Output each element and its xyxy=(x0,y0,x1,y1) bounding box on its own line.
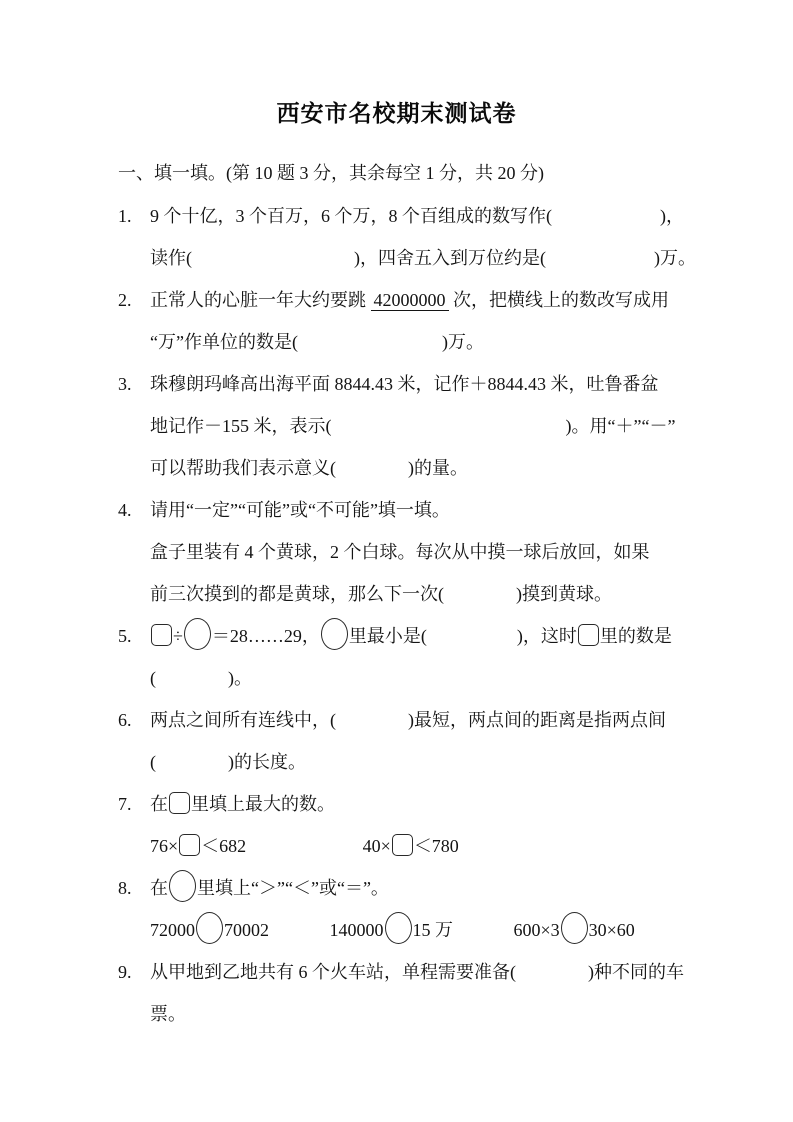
question-7-items-row: 76×＜682 40×＜780 xyxy=(150,825,737,867)
question-4: 4. 请用“一定”“可能”或“不可能”填一填。 盒子里装有 4 个黄球，2 个白… xyxy=(118,489,737,615)
comparison-item: 14000015 万 xyxy=(330,909,454,951)
question-9-number: 9. xyxy=(118,951,150,993)
question-2-line-2: “万”作单位的数是( )万。 xyxy=(150,321,737,363)
blank-circle-shape xyxy=(385,912,412,944)
question-4-line-3: 前三次摸到的都是黄球，那么下一次( )摸到黄球。 xyxy=(150,573,737,615)
section-heading: 一、填一填。(第 10 题 3 分，其余每空 1 分，共 20 分) xyxy=(118,151,737,195)
question-9-line-2: 票。 xyxy=(150,993,737,1035)
question-7-line-1: 在里填上最大的数。 xyxy=(150,783,737,825)
question-3-line-2: 地记作－155 米，表示( )。用“＋”“－” xyxy=(150,405,737,447)
question-6-line-2: ( )的长度。 xyxy=(150,741,737,783)
question-1: 1. 9 个十亿，3 个百万，6 个万，8 个百组成的数写作( )， 读作( )… xyxy=(118,195,737,279)
question-5: 5. ÷＝28……29，里最小是( )，这时里的数是 ( )。 xyxy=(118,615,737,699)
blank-box-shape xyxy=(179,834,200,856)
question-2-line-1: 正常人的心脏一年大约要跳 42000000 次，把横线上的数改写成用 xyxy=(150,279,737,321)
underlined-number: 42000000 xyxy=(371,290,449,311)
question-3-number: 3. xyxy=(118,363,150,405)
question-7: 7. 在里填上最大的数。 76×＜682 40×＜780 xyxy=(118,783,737,867)
question-8: 8. 在里填上“＞”“＜”或“＝”。 7200070002 14000015 万… xyxy=(118,867,737,951)
question-5-number: 5. xyxy=(118,615,150,657)
blank-circle-shape xyxy=(184,618,211,650)
question-5-line-1: ÷＝28……29，里最小是( )，这时里的数是 xyxy=(150,615,737,657)
question-4-number: 4. xyxy=(118,489,150,531)
blank-box-shape xyxy=(578,624,599,646)
question-4-line-2: 盒子里装有 4 个黄球，2 个白球。每次从中摸一球后放回，如果 xyxy=(150,531,737,573)
question-6-line-1: 两点之间所有连线中，( )最短，两点间的距离是指两点间 xyxy=(150,699,737,741)
blank-box-shape xyxy=(151,624,172,646)
inequality-item: 40×＜780 xyxy=(363,825,459,867)
question-1-number: 1. xyxy=(118,195,150,237)
comparison-item: 7200070002 xyxy=(150,909,269,951)
blank-box-shape xyxy=(169,792,190,814)
question-9: 9. 从甲地到乙地共有 6 个火车站，单程需要准备( )种不同的车 票。 xyxy=(118,951,737,1035)
blank-circle-shape xyxy=(169,870,196,902)
question-7-number: 7. xyxy=(118,783,150,825)
inequality-item: 76×＜682 xyxy=(150,825,246,867)
question-3-line-1: 珠穆朗玛峰高出海平面 8844.43 米，记作＋8844.43 米，吐鲁番盆 xyxy=(150,363,737,405)
question-8-number: 8. xyxy=(118,867,150,909)
question-2-number: 2. xyxy=(118,279,150,321)
exam-page: 西安市名校期末测试卷 一、填一填。(第 10 题 3 分，其余每空 1 分，共 … xyxy=(0,0,793,1122)
blank-circle-shape xyxy=(321,618,348,650)
question-3-line-3: 可以帮助我们表示意义( )的量。 xyxy=(150,447,737,489)
blank-circle-shape xyxy=(196,912,223,944)
question-5-line-2: ( )。 xyxy=(150,657,737,699)
question-2: 2. 正常人的心脏一年大约要跳 42000000 次，把横线上的数改写成用 “万… xyxy=(118,279,737,363)
question-1-line-2: 读作( )，四舍五入到万位约是( )万。 xyxy=(150,237,737,279)
blank-box-shape xyxy=(392,834,413,856)
text-segment: 正常人的心脏一年大约要跳 xyxy=(150,290,371,310)
page-title: 西安市名校期末测试卷 xyxy=(0,98,793,130)
text-segment: 次，把横线上的数改写成用 xyxy=(449,290,670,310)
question-4-line-1: 请用“一定”“可能”或“不可能”填一填。 xyxy=(150,489,737,531)
question-6-number: 6. xyxy=(118,699,150,741)
blank-circle-shape xyxy=(561,912,588,944)
question-9-line-1: 从甲地到乙地共有 6 个火车站，单程需要准备( )种不同的车 xyxy=(150,951,737,993)
question-8-line-1: 在里填上“＞”“＜”或“＝”。 xyxy=(150,867,737,909)
question-1-line-1: 9 个十亿，3 个百万，6 个万，8 个百组成的数写作( )， xyxy=(150,195,737,237)
question-6: 6. 两点之间所有连线中，( )最短，两点间的距离是指两点间 ( )的长度。 xyxy=(118,699,737,783)
question-8-items-row: 7200070002 14000015 万 600×330×60 xyxy=(150,909,737,951)
comparison-item: 600×330×60 xyxy=(514,909,635,951)
question-3: 3. 珠穆朗玛峰高出海平面 8844.43 米，记作＋8844.43 米，吐鲁番… xyxy=(118,363,737,489)
